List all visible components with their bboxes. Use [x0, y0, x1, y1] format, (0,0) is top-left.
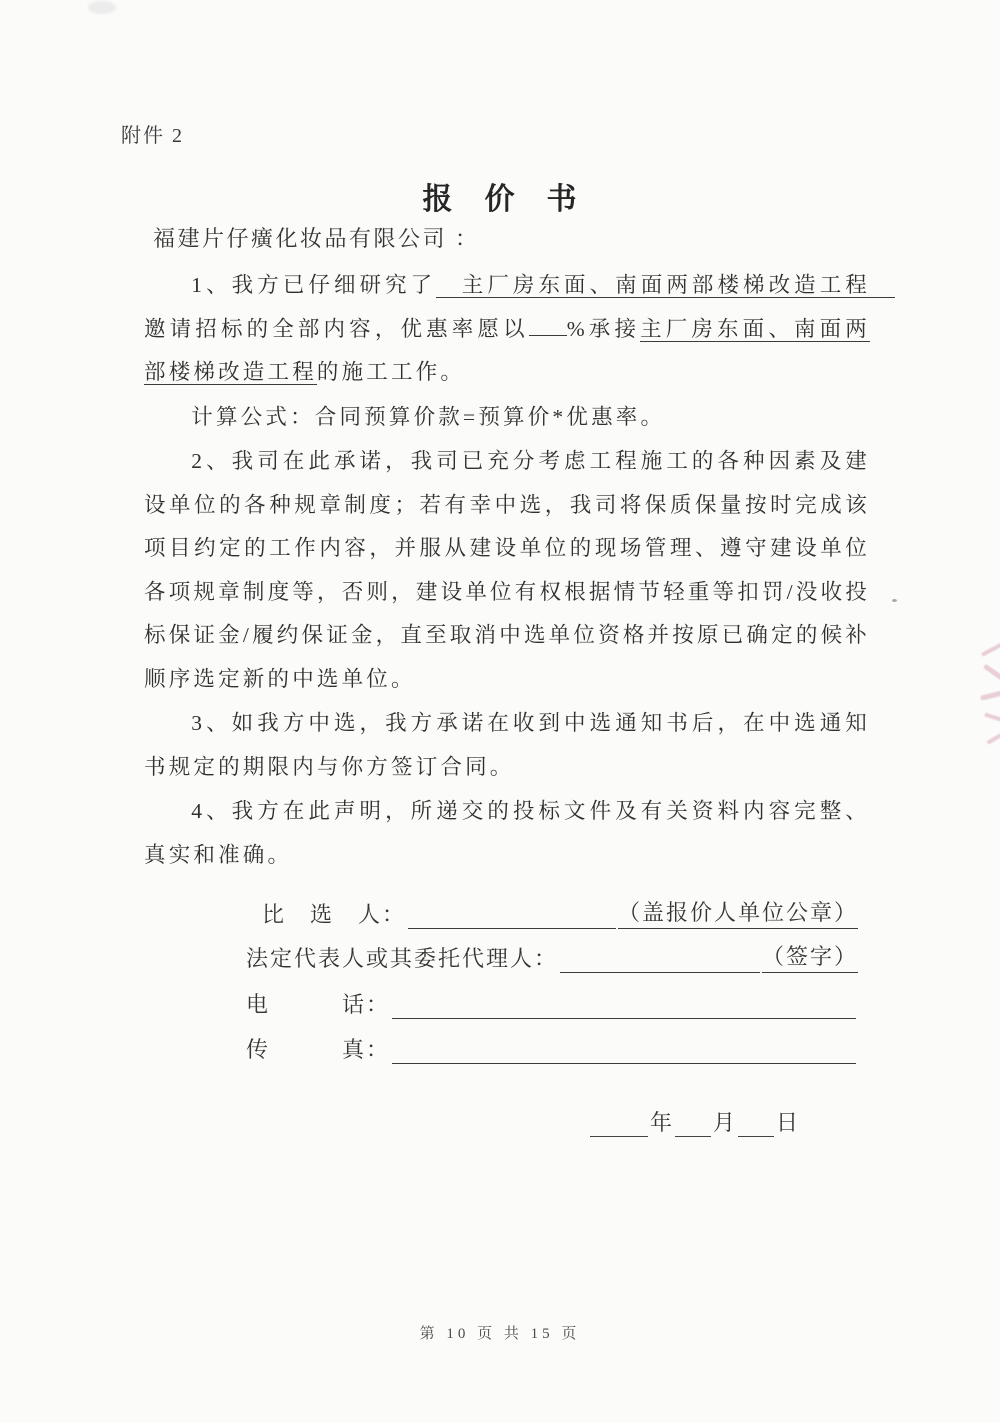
paragraph-formula: 计算公式：合同预算价款=预算价*优惠率。 [144, 396, 870, 440]
document-body: 1、我方已仔细研究了 主厂房东面、南面两部楼梯改造工程 邀请招标的全部内容，优惠… [144, 264, 870, 877]
scan-speck-artifact [892, 599, 897, 602]
paragraph-contract-signing: 3、如我方中选，我方承诺在收到中选通知书后，在中选通知书规定的期限内与你方签订合… [144, 702, 870, 789]
fax-blank [392, 1059, 856, 1064]
representative-sign-note: （签字） [762, 940, 858, 973]
red-ink-stroke [981, 639, 1000, 657]
signature-row-representative: 法定代表人或其委托代理人： （签字） [246, 940, 858, 973]
paragraph-declaration: 4、我方在此声明，所递交的投标文件及有关资料内容完整、真实和准确。 [144, 790, 870, 877]
attachment-label: 附件 2 [121, 119, 184, 148]
year-character: 年 [650, 1106, 673, 1137]
paragraph-offer: 1、我方已仔细研究了 主厂房东面、南面两部楼梯改造工程 邀请招标的全部内容，优惠… [144, 264, 870, 395]
bidder-name-blank [408, 924, 616, 929]
representative-label: 法定代表人或其委托代理人： [246, 942, 558, 973]
day-character: 日 [776, 1106, 799, 1137]
month-blank [675, 1131, 711, 1137]
signature-row-bidder: 比 选 人： （盖报价人单位公章） [246, 896, 858, 929]
percent-suffix-text: %承接 [567, 317, 640, 341]
month-character: 月 [713, 1106, 736, 1137]
red-ink-stroke [983, 664, 1000, 682]
red-ink-edge-marks [974, 640, 1000, 752]
page-title: 报 价 书 [0, 174, 1000, 218]
addressee-line: 福建片仔癀化妆品有限公司 ： [153, 222, 480, 253]
paragraph-commitment: 2、我司在此承诺，我司已充分考虑工程施工的各种因素及建设单位的各种规章制度；若有… [144, 440, 870, 701]
date-line: 年 月 日 [590, 1106, 801, 1137]
signature-row-fax: 传 真： [246, 1033, 858, 1064]
offer-mid-text: 邀请招标的全部内容，优惠率愿以 [144, 317, 529, 341]
fax-label: 传 真： [246, 1033, 390, 1064]
signature-row-phone: 电 话： [246, 988, 858, 1019]
phone-label: 电 话： [246, 988, 390, 1019]
scanned-document-page: 附件 2 报 价 书 福建片仔癀化妆品有限公司 ： 1、我方已仔细研究了 主厂房… [0, 0, 1000, 1423]
project-name-underlined-1: 主厂房东面、南面两部楼梯改造工程 [436, 273, 894, 298]
phone-blank [392, 1014, 856, 1019]
red-ink-stroke [984, 712, 1000, 723]
red-ink-stroke [980, 688, 1000, 701]
page-number-footer: 第 10 页 共 15 页 [0, 1322, 1000, 1343]
red-ink-stroke [986, 731, 1000, 744]
scan-smudge-artifact [88, 1, 116, 14]
day-blank [738, 1131, 774, 1137]
offer-lead-text: 1、我方已仔细研究了 [191, 273, 436, 297]
offer-tail-text: 的施工工作。 [317, 360, 465, 384]
year-blank [590, 1131, 648, 1137]
bidder-label: 比 选 人： [262, 898, 406, 929]
representative-name-blank [560, 968, 760, 973]
bidder-seal-note: （盖报价人单位公章） [618, 896, 858, 929]
discount-rate-blank [529, 311, 567, 336]
